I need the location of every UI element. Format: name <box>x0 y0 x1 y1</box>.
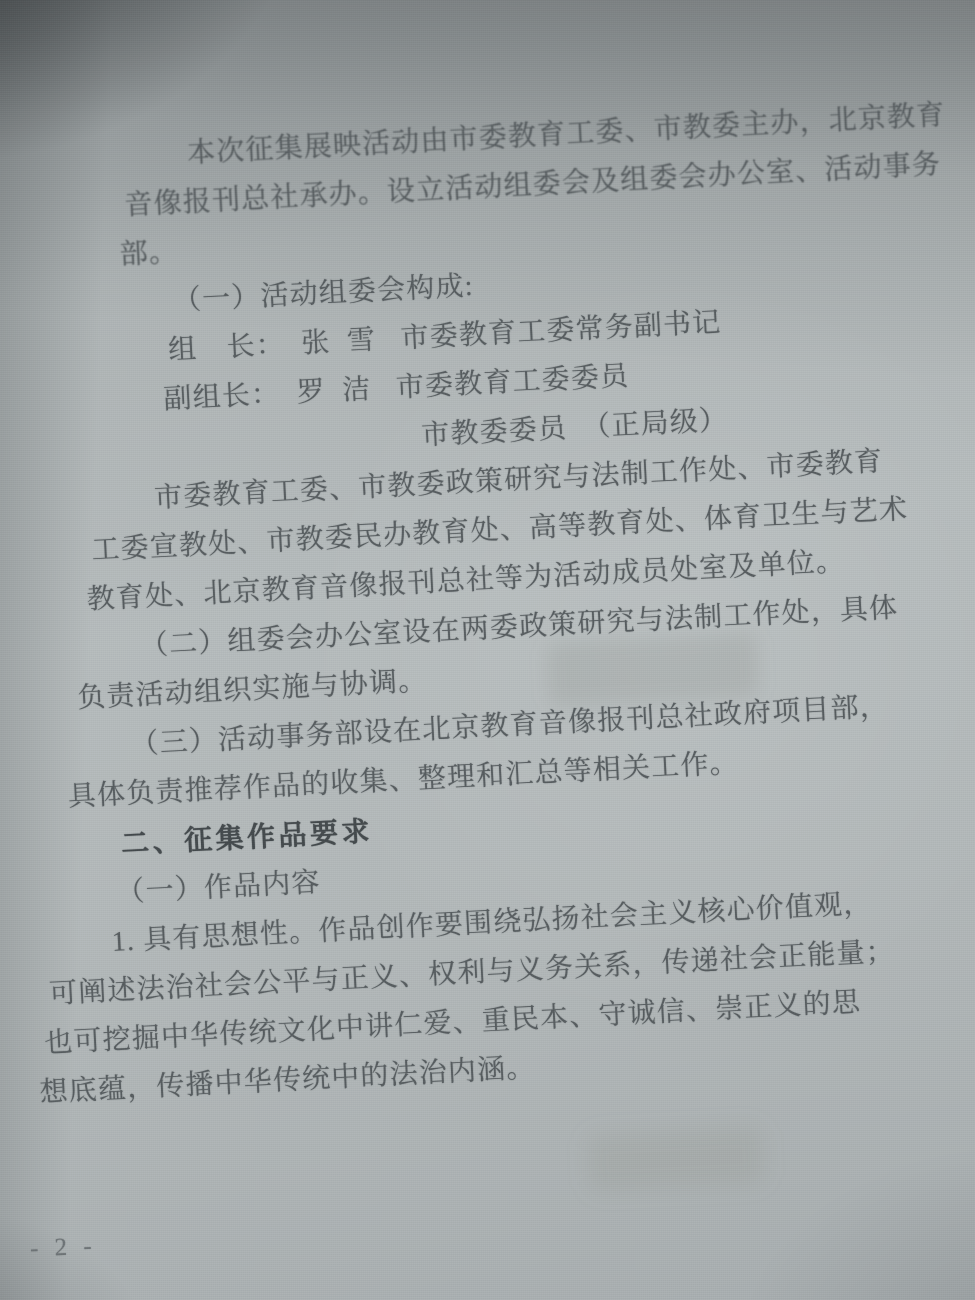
page-number: - 2 - <box>29 1233 97 1264</box>
document-page-text: 本次征集展映活动由市委教育工委、市教委主办，北京教育 音像报刊总社承办。设立活动… <box>128 87 975 1110</box>
ink-bleed-smudge <box>587 1125 766 1192</box>
document-photo: 本次征集展映活动由市委教育工委、市教委主办，北京教育 音像报刊总社承办。设立活动… <box>0 0 975 1300</box>
